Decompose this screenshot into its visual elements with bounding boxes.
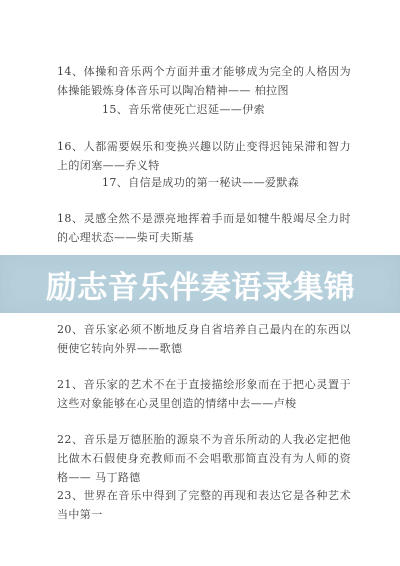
quote-paragraph-22: 22、音乐是万德胚胎的源泉不为音乐所动的人我必定把他比做木石假使身充教师而不会唱… xyxy=(57,430,351,487)
document-page: 14、体操和音乐两个方面并重才能够成为完全的人格因为体操能锻炼身体音乐可以陶冶精… xyxy=(0,0,400,566)
page-title: 励志音乐伴奏语录集锦 xyxy=(46,262,355,307)
quote-paragraph-14: 14、体操和音乐两个方面并重才能够成为完全的人格因为体操能锻炼身体音乐可以陶冶精… xyxy=(57,62,351,100)
quote-paragraph-17: 17、自信是成功的第一秘诀——爱默森 xyxy=(102,173,362,192)
quote-paragraph-21: 21、音乐家的艺术不在于直接描绘形象而在于把心灵置于这些对象能够在心灵里创造的情… xyxy=(57,375,351,413)
quote-paragraph-15: 15、音乐常使死亡迟延——伊索 xyxy=(102,100,362,119)
quote-paragraph-16: 16、人都需要娱乐和变换兴趣以防止变得迟钝呆滞和智力上的闭塞——乔义特 xyxy=(57,137,351,175)
title-banner: 励志音乐伴奏语录集锦 xyxy=(0,255,400,313)
quote-paragraph-23: 23、世界在音乐中得到了完整的再现和表达它是各种艺术当中第一 xyxy=(57,486,351,524)
quote-paragraph-20: 20、音乐家必须不断地反身自省培养自己最内在的东西以便使它转向外界——歌德 xyxy=(57,320,351,358)
quote-paragraph-18: 18、灵感全然不是漂亮地挥着手而是如犍牛般竭尽全力时的心理状态——柴可夫斯基 xyxy=(57,209,351,247)
